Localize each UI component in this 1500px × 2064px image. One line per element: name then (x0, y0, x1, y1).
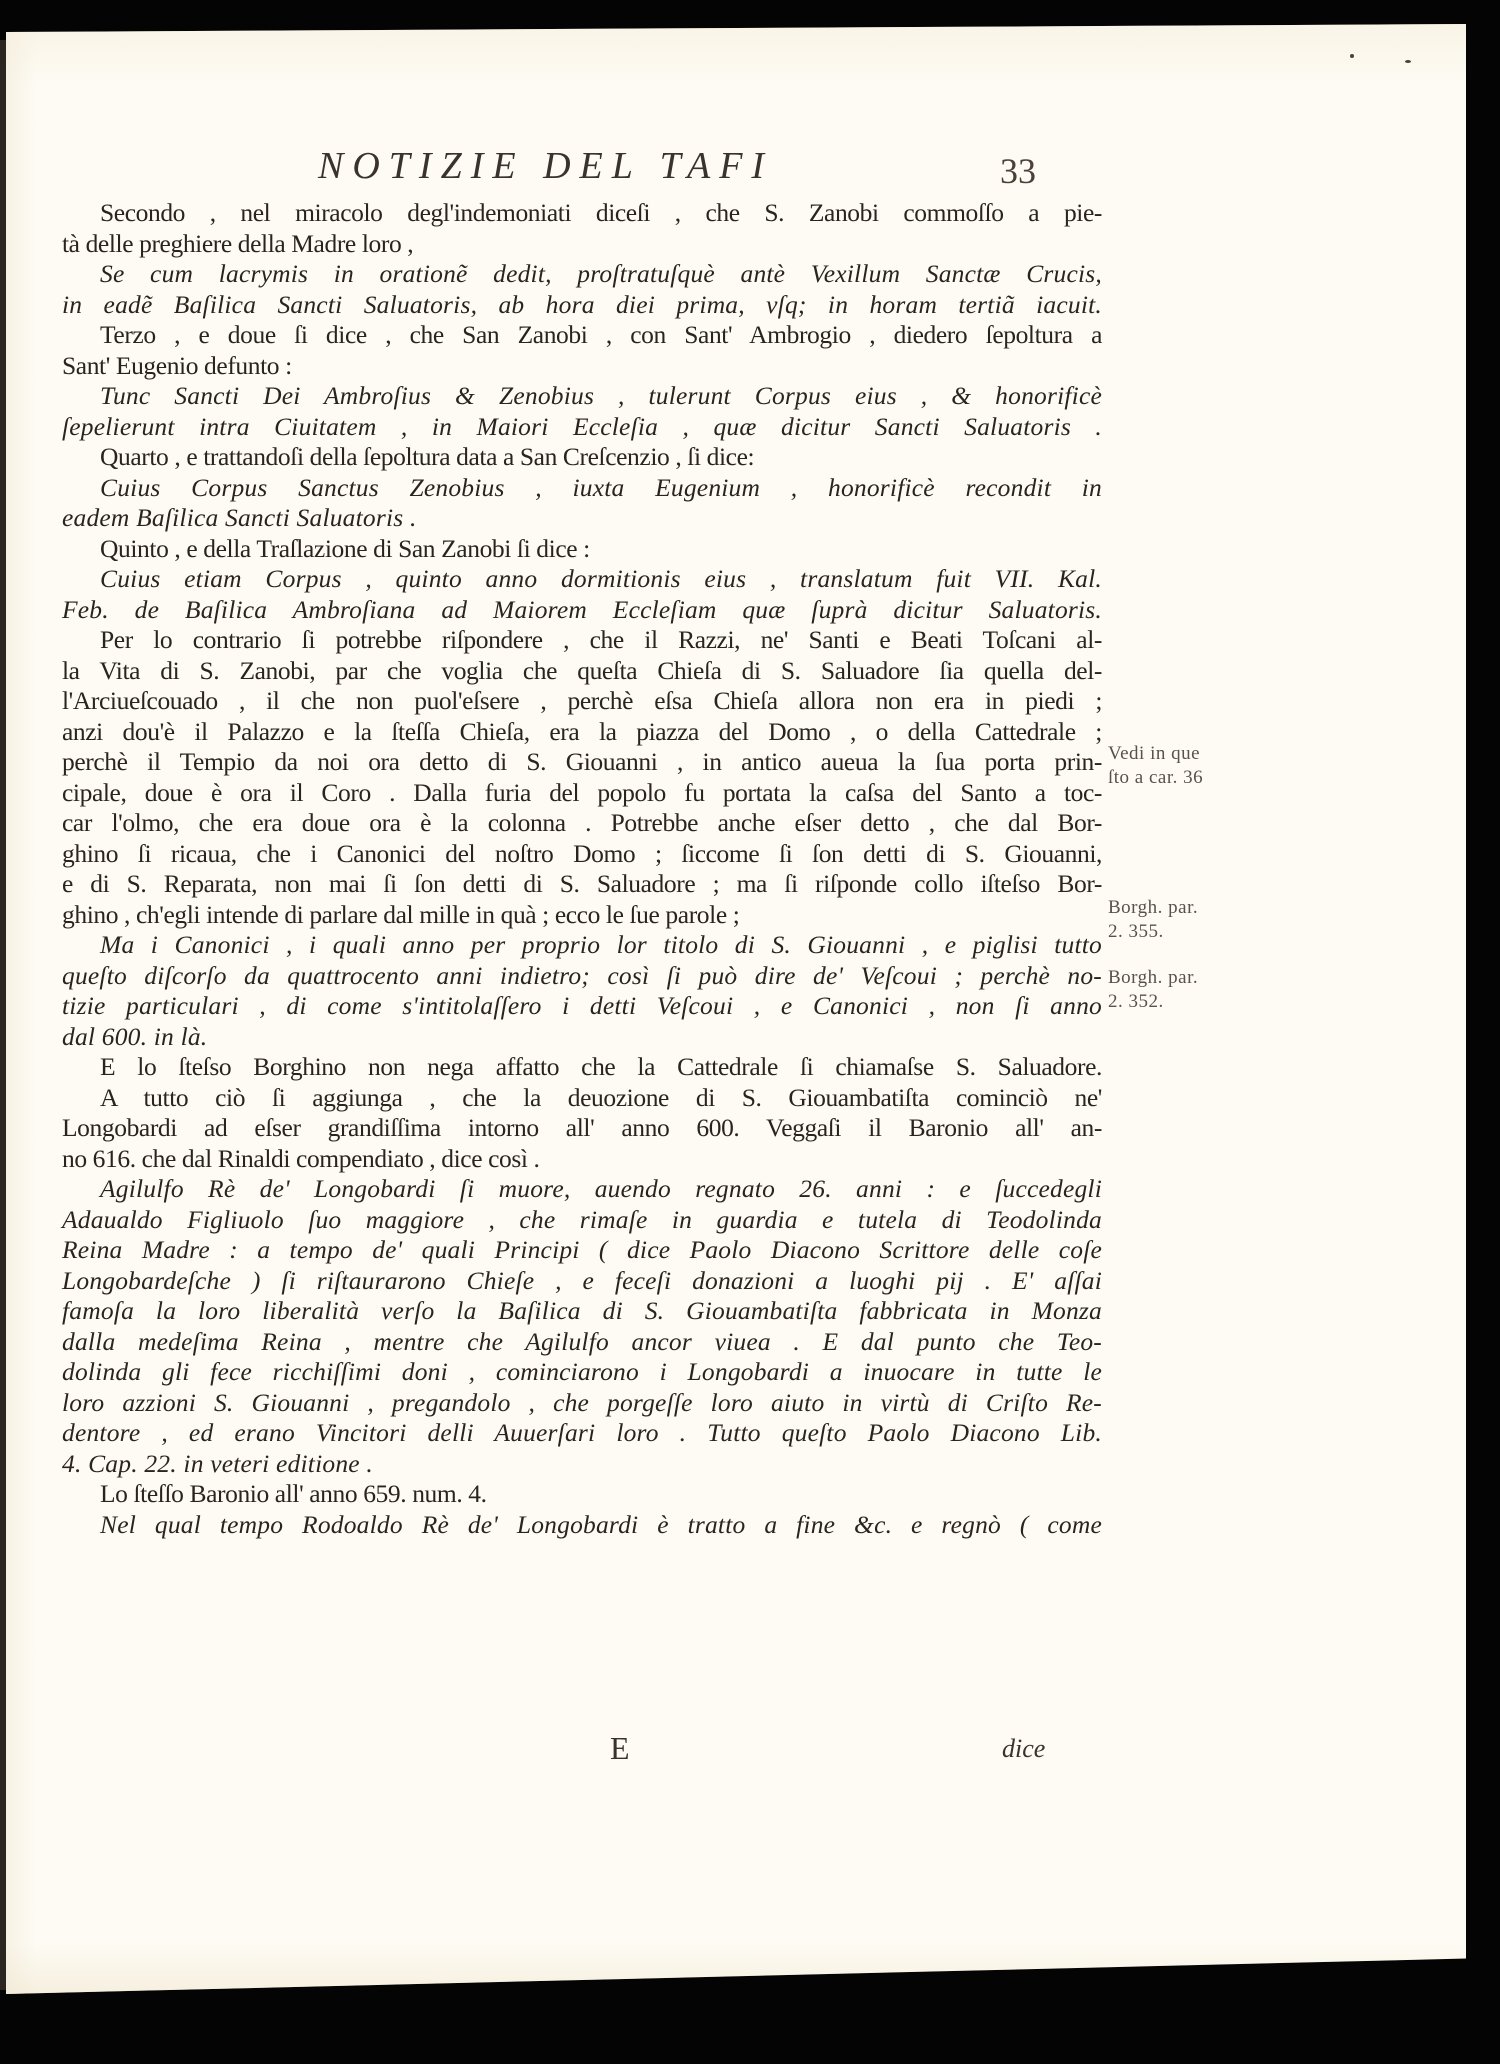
running-title: NOTIZIE DEL TAFI (318, 144, 773, 188)
paper-speck (1350, 54, 1354, 58)
text-line: Lo ſteſſo Baronio all' anno 659. num. 4. (62, 1479, 1102, 1510)
text-line: anzi dou'è il Palazzo e la ſteſſa Chieſa… (62, 717, 1102, 748)
signature-mark: E (610, 1730, 630, 1767)
text-line: eadem Baſilica Sancti Saluatoris . (62, 503, 1102, 534)
text-line: Longobardi ad eſser grandiſſima intorno … (62, 1113, 1102, 1144)
catchword: dice (1002, 1734, 1045, 1764)
text-line: car l'olmo, che era doue ora è la colonn… (62, 808, 1102, 839)
text-line: Terzo , e doue ſi dice , che San Zanobi … (62, 320, 1102, 351)
text-line: ghino , ch'egli intende di parlare dal m… (62, 900, 1102, 931)
text-line: queſto diſcorſo da quattrocento anni ind… (62, 961, 1102, 992)
text-line: Ma i Canonici , i quali anno per proprio… (62, 930, 1102, 961)
text-line: Tunc Sancti Dei Ambroſius & Zenobius , t… (62, 381, 1102, 412)
text-line: Longobardeſche ) ſi riſtaurarono Chieſe … (62, 1266, 1102, 1297)
page-footer: E dice (0, 1730, 1500, 1770)
margin-note-line: 2. 355. (1108, 920, 1228, 944)
text-line: Quinto , e della Traſlazione di San Zano… (62, 534, 1102, 565)
text-line: tizie particulari , di come s'intitolaſſ… (62, 991, 1102, 1022)
text-line: loro azzioni S. Giouanni , pregandolo , … (62, 1388, 1102, 1419)
text-line: la Vita di S. Zanobi, par che voglia che… (62, 656, 1102, 687)
text-line: dal 600. in là. (62, 1022, 1102, 1053)
text-line: dolinda gli fece ricchiſſimi doni , comi… (62, 1357, 1102, 1388)
margin-note-line: 2. 352. (1108, 990, 1228, 1014)
text-line: in eadẽ Baſilica Sancti Saluatoris, ab h… (62, 290, 1102, 321)
running-head: NOTIZIE DEL TAFI 33 (0, 140, 1500, 190)
text-line: ghino ſi ricaua, che i Canonici del noſt… (62, 839, 1102, 870)
margin-note-vedi: Vedi in que ſto a car. 36 (1108, 742, 1228, 790)
margin-note-borgh-352: Borgh. par. 2. 352. (1108, 966, 1228, 1014)
text-line: Adaualdo Figliuolo ſuo maggiore , che ri… (62, 1205, 1102, 1236)
text-line: Reina Madre : a tempo de' quali Principi… (62, 1235, 1102, 1266)
paper-speck (1405, 60, 1411, 63)
margin-note-line: Borgh. par. (1108, 896, 1228, 920)
margin-note-borgh-355: Borgh. par. 2. 355. (1108, 896, 1228, 944)
text-line: 4. Cap. 22. in veteri editione . (62, 1449, 1102, 1480)
text-line: e di S. Reparata, non mai ſi ſon detti d… (62, 869, 1102, 900)
text-line: Feb. de Baſilica Ambroſiana ad Maiorem E… (62, 595, 1102, 626)
text-line: Cuius etiam Corpus , quinto anno dormiti… (62, 564, 1102, 595)
body-text: Secondo , nel miracolo degl'indemoniati … (62, 198, 1102, 1540)
page-edge-shadow (0, 40, 6, 1990)
text-line: A tutto ciò ſi aggiunga , che la deuozio… (62, 1083, 1102, 1114)
text-line: Nel qual tempo Rodoaldo Rè de' Longobard… (62, 1510, 1102, 1541)
text-line: tà delle preghiere della Madre loro , (62, 229, 1102, 260)
text-line: Secondo , nel miracolo degl'indemoniati … (62, 198, 1102, 229)
text-line: no 616. che dal Rinaldi compendiato , di… (62, 1144, 1102, 1175)
margin-note-line: Borgh. par. (1108, 966, 1228, 990)
text-line: Sant' Eugenio defunto : (62, 351, 1102, 382)
text-line: famoſa la loro liberalità verſo la Baſil… (62, 1296, 1102, 1327)
margin-note-line: Vedi in que (1108, 742, 1228, 766)
text-line: cipale, doue è ora il Coro . Dalla furia… (62, 778, 1102, 809)
text-line: Agilulfo Rè de' Longobardi ſi muore, aue… (62, 1174, 1102, 1205)
text-line: ſepelierunt intra Ciuitatem , in Maiori … (62, 412, 1102, 443)
text-line: dalla medeſima Reina , mentre che Agilul… (62, 1327, 1102, 1358)
text-line: dentore , ed erano Vincitori delli Auuer… (62, 1418, 1102, 1449)
text-line: Per lo contrario ſi potrebbe riſpondere … (62, 625, 1102, 656)
text-line: Se cum lacrymis in orationẽ dedit, proſt… (62, 259, 1102, 290)
page-number: 33 (1000, 150, 1036, 192)
text-line: Quarto , e trattandoſi della ſepoltura d… (62, 442, 1102, 473)
text-line: E lo ſteſso Borghino non nega affatto ch… (62, 1052, 1102, 1083)
text-line: Cuius Corpus Sanctus Zenobius , iuxta Eu… (62, 473, 1102, 504)
margin-note-line: ſto a car. 36 (1108, 766, 1228, 790)
text-line: l'Arciueſcouado , il che non puol'eſsere… (62, 686, 1102, 717)
text-line: perchè il Tempio da noi ora detto di S. … (62, 747, 1102, 778)
